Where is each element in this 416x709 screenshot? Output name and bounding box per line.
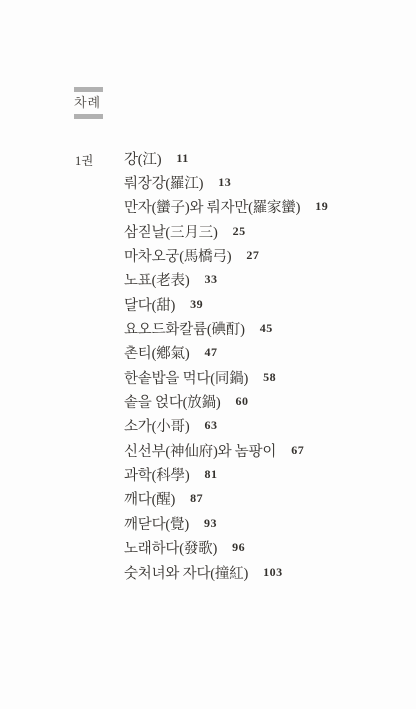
toc-entry-page: 60: [236, 394, 249, 409]
toc-entry: 삼짇날(三月三) 25: [124, 219, 328, 243]
toc-entry-page: 63: [204, 418, 217, 433]
toc-entry: 숫처녀와 자다(撞紅) 103: [124, 560, 328, 584]
header-rule-top: [74, 87, 103, 92]
toc-entry: 한솥밥을 먹다(同鍋) 58: [124, 365, 328, 389]
toc-entry-page: 33: [204, 272, 217, 287]
toc-entry-page: 27: [246, 248, 259, 263]
toc-entry-page: 25: [233, 224, 246, 239]
header-rule-bottom: [74, 114, 103, 119]
toc-entry-title: 강(江): [124, 148, 161, 169]
toc-header: 차례: [74, 87, 104, 119]
toc-entry: 요오드화칼륨(碘酊) 45: [124, 316, 328, 340]
toc-entry-page: 19: [315, 199, 328, 214]
toc-entry-page: 13: [218, 175, 231, 190]
toc-entry-page: 39: [190, 297, 203, 312]
toc-entry: 과학(科學) 81: [124, 462, 328, 486]
toc-entry-page: 96: [232, 540, 245, 555]
toc-entry-page: 87: [190, 491, 203, 506]
toc-list: 강(江) 11 뤄장강(羅江) 13 만자(蠻子)와 뤄자만(羅家蠻) 19 삼…: [124, 146, 328, 584]
toc-entry: 소가(小哥) 63: [124, 414, 328, 438]
toc-entry-page: 58: [263, 370, 276, 385]
toc-entry-title: 깨닫다(覺): [124, 513, 189, 534]
toc-entry: 만자(蠻子)와 뤄자만(羅家蠻) 19: [124, 195, 328, 219]
toc-entry: 뤄장강(羅江) 13: [124, 170, 328, 194]
toc-entry-page: 45: [260, 321, 273, 336]
toc-entry-title: 소가(小哥): [124, 415, 189, 436]
toc-entry: 노래하다(發歌) 96: [124, 536, 328, 560]
toc-entry-title: 한솥밥을 먹다(同鍋): [124, 367, 248, 388]
toc-entry-title: 솥을 얹다(放鍋): [124, 391, 221, 412]
toc-entry-title: 달다(甜): [124, 294, 175, 315]
toc-entry-title: 요오드화칼륨(碘酊): [124, 318, 245, 339]
toc-entry-title: 깨다(醒): [124, 488, 175, 509]
toc-entry-page: 103: [263, 565, 283, 580]
toc-entry-title: 과학(科學): [124, 464, 189, 485]
toc-entry-page: 11: [176, 151, 188, 166]
toc-entry: 노표(老表) 33: [124, 268, 328, 292]
toc-entry: 강(江) 11: [124, 146, 328, 170]
toc-entry: 깨다(醒) 87: [124, 487, 328, 511]
toc-entry-title: 노표(老表): [124, 269, 189, 290]
volume-label: 1권: [75, 151, 93, 169]
toc-entry: 마차오궁(馬橋弓) 27: [124, 243, 328, 267]
toc-entry-page: 67: [291, 443, 304, 458]
toc-entry-title: 숫처녀와 자다(撞紅): [124, 562, 248, 583]
page-title: 차례: [74, 94, 104, 112]
toc-entry: 신선부(神仙府)와 놈팡이 67: [124, 438, 328, 462]
toc-entry-title: 촌티(鄕氣): [124, 342, 189, 363]
toc-entry-title: 만자(蠻子)와 뤄자만(羅家蠻): [124, 196, 300, 217]
toc-page: 차례 1권 강(江) 11 뤄장강(羅江) 13 만자(蠻子)와 뤄자만(羅家蠻…: [0, 0, 416, 709]
toc-entry-title: 노래하다(發歌): [124, 537, 217, 558]
toc-entry-title: 삼짇날(三月三): [124, 221, 218, 242]
toc-entry-page: 47: [204, 345, 217, 360]
toc-entry-title: 신선부(神仙府)와 놈팡이: [124, 440, 276, 461]
toc-entry: 깨닫다(覺) 93: [124, 511, 328, 535]
toc-entry: 솥을 얹다(放鍋) 60: [124, 389, 328, 413]
toc-entry-page: 93: [204, 516, 217, 531]
toc-entry-title: 뤄장강(羅江): [124, 172, 203, 193]
toc-entry-page: 81: [204, 467, 217, 482]
toc-entry: 달다(甜) 39: [124, 292, 328, 316]
toc-entry-title: 마차오궁(馬橋弓): [124, 245, 231, 266]
toc-entry: 촌티(鄕氣) 47: [124, 341, 328, 365]
